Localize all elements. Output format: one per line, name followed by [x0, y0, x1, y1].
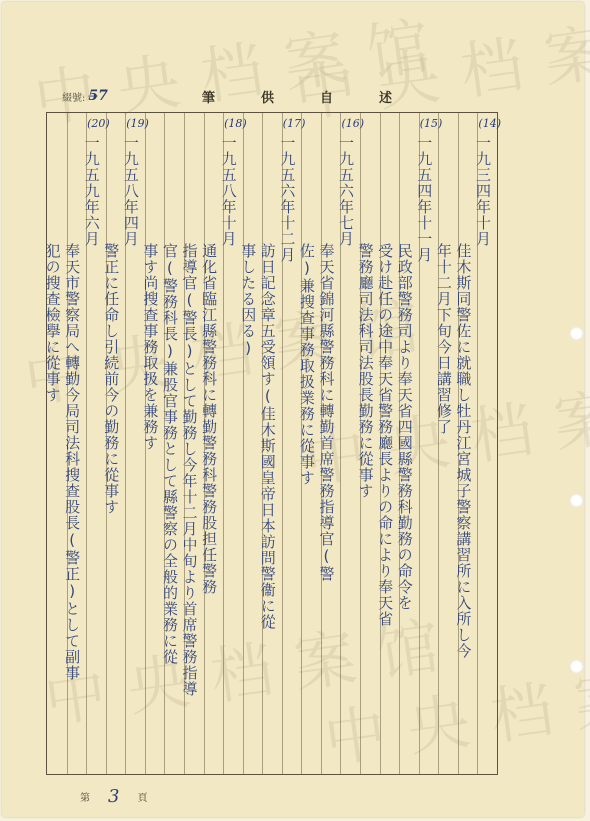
text-column: 奉天省錦河縣警務科に轉勤首席警務指導官(警 [321, 113, 341, 774]
page-footer: 第 3 頁 [80, 786, 147, 807]
entry-text: 民政部警務司より奉天省四國縣警務科勤務の命令を [400, 243, 419, 611]
entry-number: (15) [420, 117, 439, 130]
date-column: (17)一九五六年十二月 [282, 113, 302, 774]
entry-number: (14) [478, 117, 497, 130]
date-column: (20)一九五九年六月 [86, 113, 106, 774]
file-number: 綴號: 5̶7 [62, 88, 108, 104]
title-char: 述 [379, 87, 392, 106]
entry-number: (19) [126, 117, 145, 130]
entry-date: 一九五八年四月 [126, 135, 145, 247]
entry-date: 一九三四年十月 [478, 135, 497, 247]
text-column: 年十二月下旬今日講習修了 [438, 113, 458, 774]
entry-date: 一九五四年十一月 [420, 135, 439, 263]
date-column: (15)一九五四年十一月 [419, 113, 439, 774]
text-column: 佳木斯同警佐に就職し牡丹江宮城子警察講習所に入所し今 [458, 113, 478, 774]
entry-text: 通化省臨江縣警務科に轉勤警務科警務股担任警務 [205, 243, 224, 595]
punch-hole [570, 327, 583, 340]
punch-hole [570, 660, 583, 673]
title-char: 自 [320, 87, 333, 106]
title-char: 筆 [202, 87, 215, 106]
entry-number: (17) [283, 117, 302, 130]
entry-date: 一九五九年六月 [87, 135, 106, 247]
entry-text: 警正に任命し引続前今の勤務に從事す [107, 243, 126, 515]
entry-text: 官(警務科長)兼股官事務として縣警察の全般的業務に從 [165, 243, 184, 665]
entry-text: 受け赴任の途中奉天省警務廳長よりの命により奉天省 [381, 243, 400, 627]
entry-text: 警務廳司法科司法股長勤務に從事す [361, 243, 380, 499]
text-column: 犯の搜查檢擧に從事す [47, 113, 67, 774]
punch-hole [570, 494, 583, 507]
text-column: 警務廳司法科司法股長勤務に從事す [360, 113, 380, 774]
footer-suffix: 頁 [137, 789, 147, 804]
text-column: 受け赴任の途中奉天省警務廳長よりの命により奉天省 [380, 113, 400, 774]
entry-text: 事したる因る) [244, 243, 263, 358]
entry-number: (16) [341, 117, 360, 130]
text-column: 事したる因る) [243, 113, 263, 774]
entry-text: 指導官(警長)として勤務し今年十二月中旬より首席警務指導 [185, 243, 204, 697]
document-page: 中央档案馆 中央档案馆 中央档案馆 中央档案馆 中央档案馆 中央档案馆 綴號: … [2, 2, 584, 817]
entry-text: 事す尚搜查事務取扱を兼務す [146, 243, 165, 451]
entry-date: 一九五六年十二月 [283, 135, 302, 263]
date-column: (18)一九五八年十月 [223, 113, 243, 774]
date-column: (16)一九五六年七月 [340, 113, 360, 774]
text-column: 警正に任命し引続前今の勤務に從事す [106, 113, 126, 774]
text-column: 佐)兼搜查事務取扱業務に從事す [301, 113, 321, 774]
ruled-grid: (14)一九三四年十月佳木斯同警佐に就職し牡丹江宮城子警察講習所に入所し今年十二… [46, 112, 498, 775]
entry-text: 年十二月下旬今日講習修了 [439, 243, 458, 435]
entry-text: 訪日記念章五受領す(佳木斯國皇帝日本訪問警衞に從 [263, 243, 282, 630]
entry-text: 奉天市警察局へ轉勤今局司法科搜查股長(警正)として副事 [68, 243, 87, 681]
entry-number: (18) [224, 117, 243, 130]
date-column: (14)一九三四年十月 [477, 113, 497, 774]
entry-text: 佳木斯同警佐に就職し牡丹江宮城子警察講習所に入所し今 [459, 243, 478, 659]
text-column: 訪日記念章五受領す(佳木斯國皇帝日本訪問警衞に從 [262, 113, 282, 774]
file-number-label: 綴號: [62, 89, 85, 104]
footer-prefix: 第 [80, 789, 90, 804]
file-number-value: 5̶7 [88, 88, 107, 104]
document-title: 述 自 供 筆 [202, 87, 392, 106]
entry-text: 奉天省錦河縣警務科に轉勤首席警務指導官(警 [322, 243, 341, 582]
entry-number: (20) [87, 117, 106, 130]
text-column: 指導官(警長)として勤務し今年十二月中旬より首席警務指導 [184, 113, 204, 774]
text-column: 奉天市警察局へ轉勤今局司法科搜查股長(警正)として副事 [67, 113, 87, 774]
entry-date: 一九五八年十月 [224, 135, 243, 247]
text-column: 通化省臨江縣警務科に轉勤警務科警務股担任警務 [204, 113, 224, 774]
page-number: 3 [108, 786, 119, 807]
text-column: 官(警務科長)兼股官事務として縣警察の全般的業務に從 [164, 113, 184, 774]
entry-text: 佐)兼搜查事務取扱業務に從事す [302, 243, 321, 486]
text-column: 事す尚搜查事務取扱を兼務す [145, 113, 165, 774]
entry-date: 一九五六年七月 [341, 135, 360, 247]
date-column: (19)一九五八年四月 [125, 113, 145, 774]
entry-text: 犯の搜查檢擧に從事す [47, 243, 67, 403]
title-char: 供 [261, 87, 274, 106]
text-column: 民政部警務司より奉天省四國縣警務科勤務の命令を [399, 113, 419, 774]
